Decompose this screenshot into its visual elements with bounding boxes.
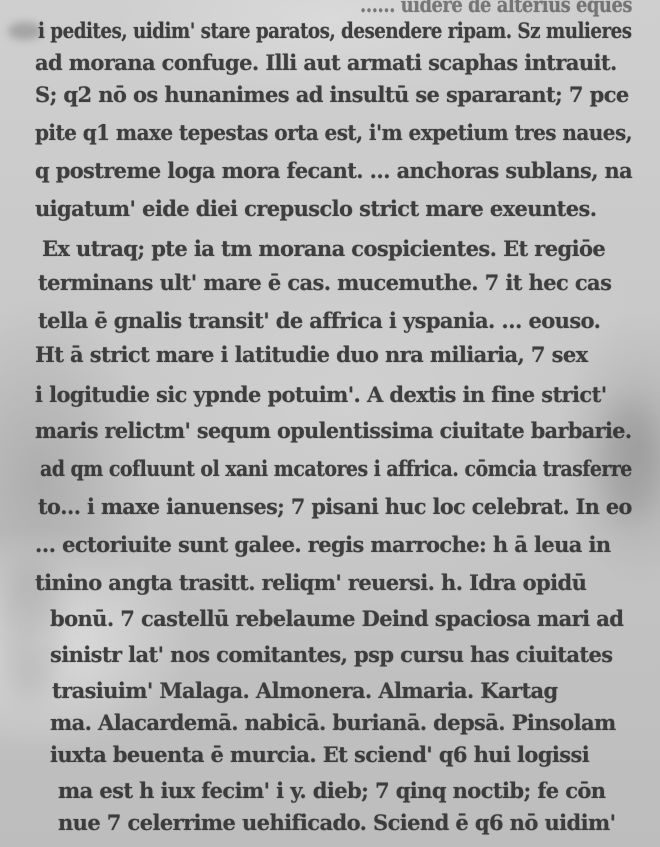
text-line: pite q1 maxe tepestas orta est, i'm expe… bbox=[35, 120, 632, 145]
text-line: bonū. 7 castellū rebelaume Deind spacios… bbox=[50, 606, 623, 631]
text-line: sinistr lat' nos comitantes, psp cursu h… bbox=[50, 642, 612, 667]
text-line: tinino angta trasitt. reliqm' reuersi. h… bbox=[35, 570, 586, 595]
text-line: terminans ult' mare ē cas. mucemuthe. 7 … bbox=[38, 270, 611, 295]
text-line: maris relictm' sequm opulentissima ciuit… bbox=[35, 418, 632, 443]
text-line: nue 7 celerrime uehificado. Sciend ē q6 … bbox=[58, 810, 615, 835]
text-line: ad qm cofluunt ol xani mcatores i affric… bbox=[40, 456, 632, 481]
text-line: to… i maxe ianuenses; 7 pisani huc loc c… bbox=[38, 494, 632, 519]
text-line: iuxta beuenta ē murcia. Et sciend' q6 hu… bbox=[50, 742, 589, 767]
text-line: Ex utraq; pte ia tm morana cospicientes.… bbox=[42, 236, 605, 261]
text-line: ad morana confuge. Illi aut armati scaph… bbox=[35, 50, 617, 75]
text-line: i pedites, uidim' stare paratos, desende… bbox=[38, 18, 632, 43]
text-line: trasiuim' Malaga. Almonera. Almaria. Kar… bbox=[52, 678, 558, 703]
text-line: S; q2 nō os hunanimes ad insultū se spar… bbox=[35, 82, 629, 107]
manuscript-text: …… uidere de alterius eques i pedites, u… bbox=[0, 0, 660, 847]
text-line: … ectoriuite sunt galee. regis marroche:… bbox=[35, 532, 611, 557]
text-line: ma. Alacardemā. nabicā. burianā. depsā. … bbox=[50, 710, 616, 735]
manuscript-page: …… uidere de alterius eques i pedites, u… bbox=[0, 0, 660, 847]
text-line: i logitudie sic ypnde potuim'. A dextis … bbox=[35, 382, 607, 407]
text-line: Ht ā strict mare i latitudie duo nra mil… bbox=[35, 342, 588, 367]
text-line: q postreme loga mora fecant. … anchoras … bbox=[35, 158, 632, 183]
text-line: ma est h iux fecim' i y. dieb; 7 qinq no… bbox=[58, 778, 605, 803]
text-line: uigatum' eide diei crepusclo strict mare… bbox=[35, 196, 596, 221]
text-line: tella ē gnalis transit' de affrica i ysp… bbox=[38, 308, 600, 333]
text-line: …… uidere de alterius eques bbox=[360, 0, 632, 17]
